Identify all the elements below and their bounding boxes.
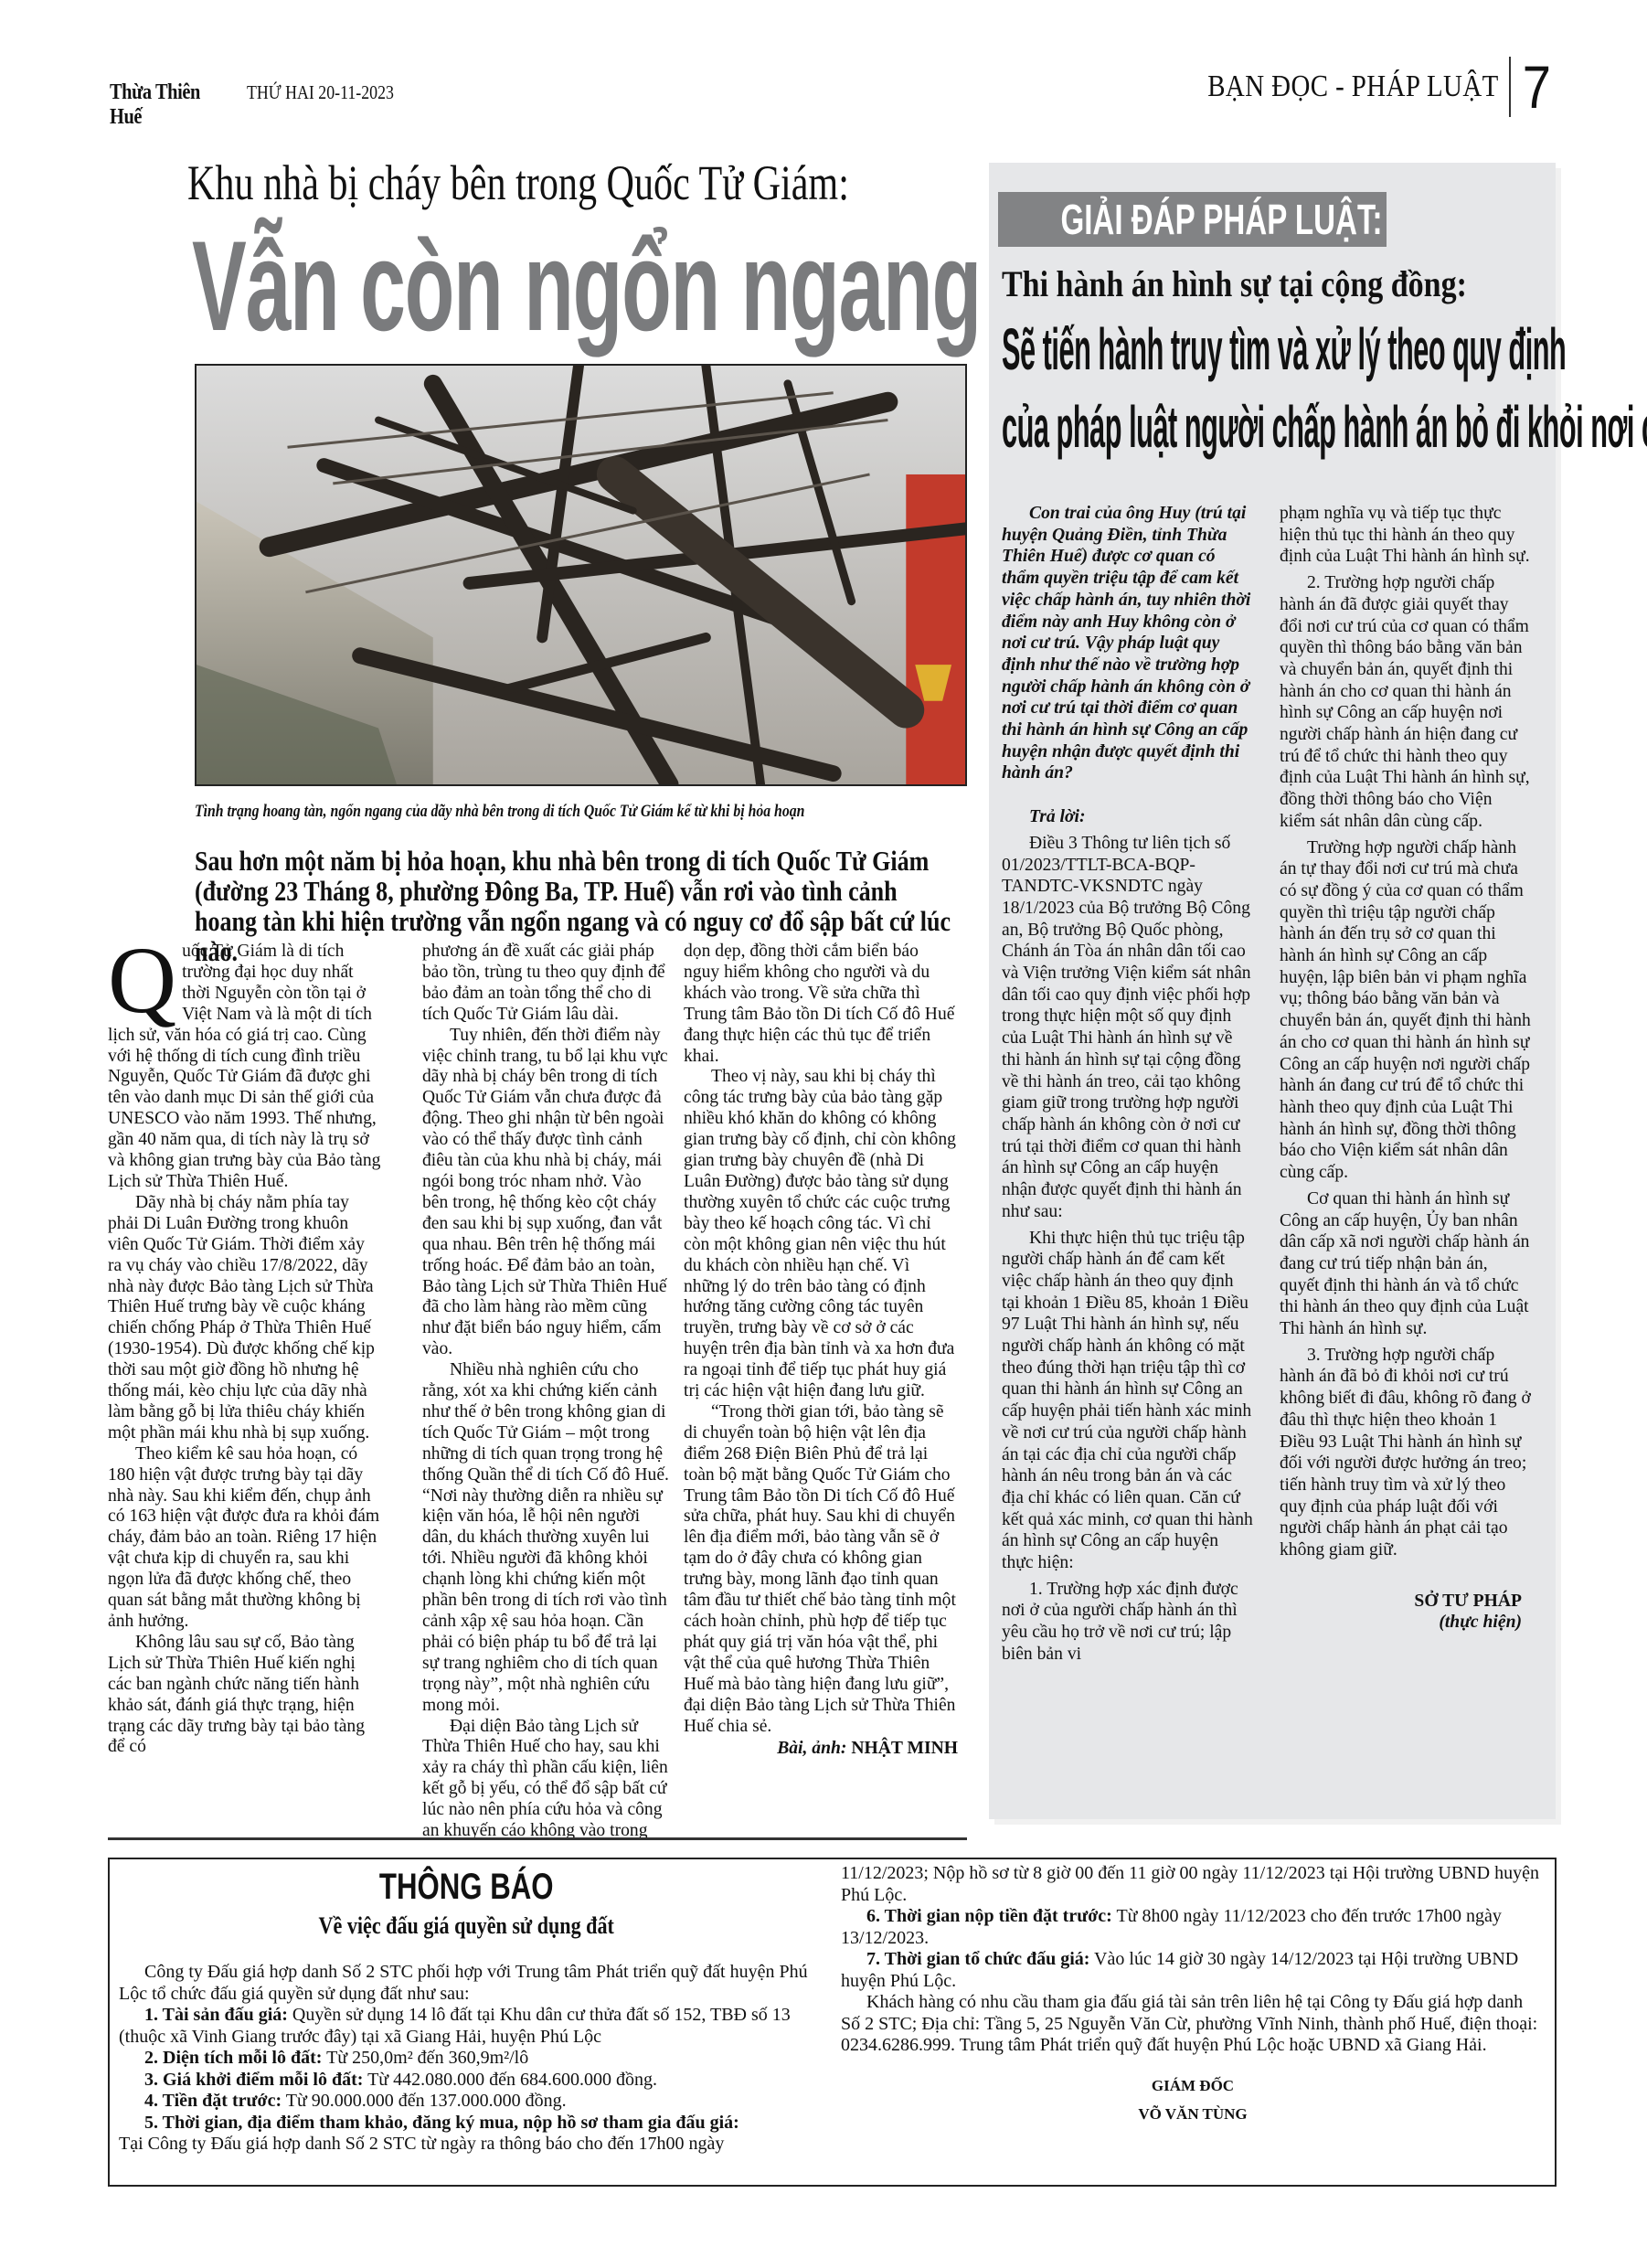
masthead-right: BẠN ĐỌC - PHÁP LUẬT 7 bbox=[1156, 55, 1554, 119]
notice-item: 6. Thời gian nộp tiền đặt trước: Từ 8h00… bbox=[841, 1906, 1545, 1949]
article-paragraph: Tuy nhiên, đến thời điểm này việc chỉnh … bbox=[422, 1026, 669, 1361]
notice-item: 1. Tài sản đấu giá: Quyền sử dụng 14 lô … bbox=[119, 2005, 813, 2048]
article-paragraph: “Trong thời gian tới, bảo tàng sẽ di chu… bbox=[684, 1402, 958, 1738]
sidebar-column-2: phạm nghĩa vụ và tiếp tục thực hiện thủ … bbox=[1280, 503, 1531, 1634]
sidebar-signature: SỞ TƯ PHÁP bbox=[1280, 1591, 1531, 1613]
notice-title: THÔNG BÁO bbox=[110, 1865, 823, 1909]
article-photo bbox=[195, 364, 967, 786]
article-kicker: Khu nhà bị cháy bên trong Quốc Tử Giám: bbox=[187, 154, 849, 212]
article-paragraph: Quốc Tử Giám là di tích trường đại học d… bbox=[108, 942, 382, 1193]
notice-subtitle: Về việc đấu giá quyền sử dụng đất bbox=[110, 1912, 823, 1940]
sidebar-title-line-2: của pháp luật người chấp hành án bỏ đi k… bbox=[1002, 389, 1647, 466]
article-paragraph: Dãy nhà bị cháy nằm phía tay phải Di Luâ… bbox=[108, 1193, 382, 1444]
newspaper-name: Thừa Thiên Huế bbox=[110, 80, 218, 130]
notice-item-continued: 11/12/2023; Nộp hồ sơ từ 8 giờ 00 đến 11… bbox=[841, 1863, 1545, 1906]
reader-question: Con trai của ông Huy (trú tại huyện Quản… bbox=[1002, 503, 1253, 784]
notice-item: 2. Diện tích mỗi lô đất: Từ 250,0m² đến … bbox=[119, 2048, 813, 2070]
article-paragraph: Theo vị này, sau khi bị cháy thì công tá… bbox=[684, 1067, 958, 1402]
article-byline: Bài, ảnh: NHẬT MINH bbox=[684, 1739, 958, 1760]
notice-signer-name: VÕ VĂN TÙNG bbox=[841, 2103, 1545, 2125]
photo-caption: Tình trạng hoang tàn, ngổn ngang của dãy… bbox=[195, 802, 804, 822]
answer-paragraph: Khi thực hiện thủ tục triệu tập người ch… bbox=[1002, 1228, 1253, 1574]
page-masthead: Thừa Thiên Huế THỨ HAI 20-11-2023 BẠN ĐỌ… bbox=[110, 55, 1554, 119]
byline-label: Bài, ảnh: bbox=[777, 1739, 846, 1758]
notice-item: 4. Tiền đặt trước: Từ 90.000.000 đến 137… bbox=[119, 2091, 813, 2113]
auction-notice: THÔNG BÁO Về việc đấu giá quyền sử dụng … bbox=[108, 1858, 1557, 2187]
issue-date: THỨ HAI 20-11-2023 bbox=[247, 81, 394, 104]
sidebar-kicker: Thi hành án hình sự tại cộng đồng: bbox=[1002, 261, 1467, 307]
article-paragraph: phương án đề xuất các giải pháp bảo tồn,… bbox=[422, 942, 669, 1026]
answer-paragraph: Cơ quan thi hành án hình sự Công an cấp … bbox=[1280, 1188, 1531, 1340]
answer-paragraph: Điều 3 Thông tư liên tịch số 01/2023/TTL… bbox=[1002, 833, 1253, 1223]
notice-item: 7. Thời gian tổ chức đấu giá: Vào lúc 14… bbox=[841, 1949, 1545, 1992]
section-name: BẠN ĐỌC - PHÁP LUẬT bbox=[1207, 69, 1498, 104]
article-paragraph: Không lâu sau sự cố, Bảo tàng Lịch sử Th… bbox=[108, 1633, 382, 1758]
burned-roof-photo-icon bbox=[197, 366, 965, 784]
article-column-1: Quốc Tử Giám là di tích trường đại học d… bbox=[108, 942, 382, 1758]
article-headline: Vẫn còn ngổn ngang bbox=[192, 218, 981, 355]
sidebar-title-line-1: Sẽ tiến hành truy tìm và xử lý theo quy … bbox=[1002, 311, 1647, 389]
notice-right-column: 11/12/2023; Nộp hồ sơ từ 8 giờ 00 đến 11… bbox=[841, 1863, 1545, 2125]
answer-paragraph: Trường hợp người chấp hành án tự thay đổ… bbox=[1280, 837, 1531, 1184]
answer-paragraph: 3. Trường hợp người chấp hành án đã bỏ đ… bbox=[1280, 1345, 1531, 1561]
masthead-left: Thừa Thiên Huế THỨ HAI 20-11-2023 bbox=[110, 80, 420, 130]
sidebar-title: Sẽ tiến hành truy tìm và xử lý theo quy … bbox=[1002, 311, 1647, 466]
notice-intro: Công ty Đấu giá hợp danh Số 2 STC phối h… bbox=[119, 1962, 813, 2005]
notice-item: 5. Thời gian, địa điểm tham khảo, đăng k… bbox=[119, 2113, 813, 2135]
notice-contact: Khách hàng có nhu cầu tham gia đấu giá t… bbox=[841, 1992, 1545, 2057]
article-column-2: phương án đề xuất các giải pháp bảo tồn,… bbox=[422, 942, 669, 1842]
sidebar-signature-note: (thực hiện) bbox=[1280, 1612, 1531, 1634]
masthead-divider bbox=[1509, 57, 1511, 117]
drop-cap: Q bbox=[108, 943, 176, 1018]
sidebar-section-label: GIẢI ĐÁP PHÁP LUẬT: bbox=[998, 192, 1387, 247]
sidebar-column-1: Con trai của ông Huy (trú tại huyện Quản… bbox=[1002, 503, 1253, 1670]
answer-paragraph: phạm nghĩa vụ và tiếp tục thực hiện thủ … bbox=[1280, 503, 1531, 568]
article-paragraph: Đại diện Bảo tàng Lịch sử Thừa Thiên Huế… bbox=[422, 1717, 669, 1842]
page-number: 7 bbox=[1523, 57, 1551, 117]
answer-paragraph: 1. Trường hợp xác định được nơi ở của ng… bbox=[1002, 1579, 1253, 1666]
article-paragraph: dọn dẹp, đồng thời cắm biển báo nguy hiể… bbox=[684, 942, 958, 1067]
notice-item-continued: Tại Công ty Đấu giá hợp danh Số 2 STC từ… bbox=[119, 2134, 813, 2156]
notice-signer-title: GIÁM ĐỐC bbox=[841, 2075, 1545, 2097]
article-paragraph: Nhiều nhà nghiên cứu cho rằng, xót xa kh… bbox=[422, 1360, 669, 1716]
legal-qa-sidebar: GIẢI ĐÁP PHÁP LUẬT: Thi hành án hình sự … bbox=[989, 163, 1556, 1819]
answer-label: Trả lời: bbox=[1002, 806, 1253, 828]
notice-item: 3. Giá khởi điểm mỗi lô đất: Từ 442.080.… bbox=[119, 2070, 813, 2092]
notice-left-column: Công ty Đấu giá hợp danh Số 2 STC phối h… bbox=[119, 1962, 813, 2156]
article-bottom-rule bbox=[108, 1837, 967, 1840]
answer-paragraph: 2. Trường hợp người chấp hành án đã được… bbox=[1280, 572, 1531, 832]
byline-author: NHẬT MINH bbox=[851, 1739, 958, 1758]
article-paragraph: Theo kiểm kê sau hỏa hoạn, có 180 hiện v… bbox=[108, 1444, 382, 1633]
article-column-3: dọn dẹp, đồng thời cắm biển báo nguy hiể… bbox=[684, 942, 958, 1760]
